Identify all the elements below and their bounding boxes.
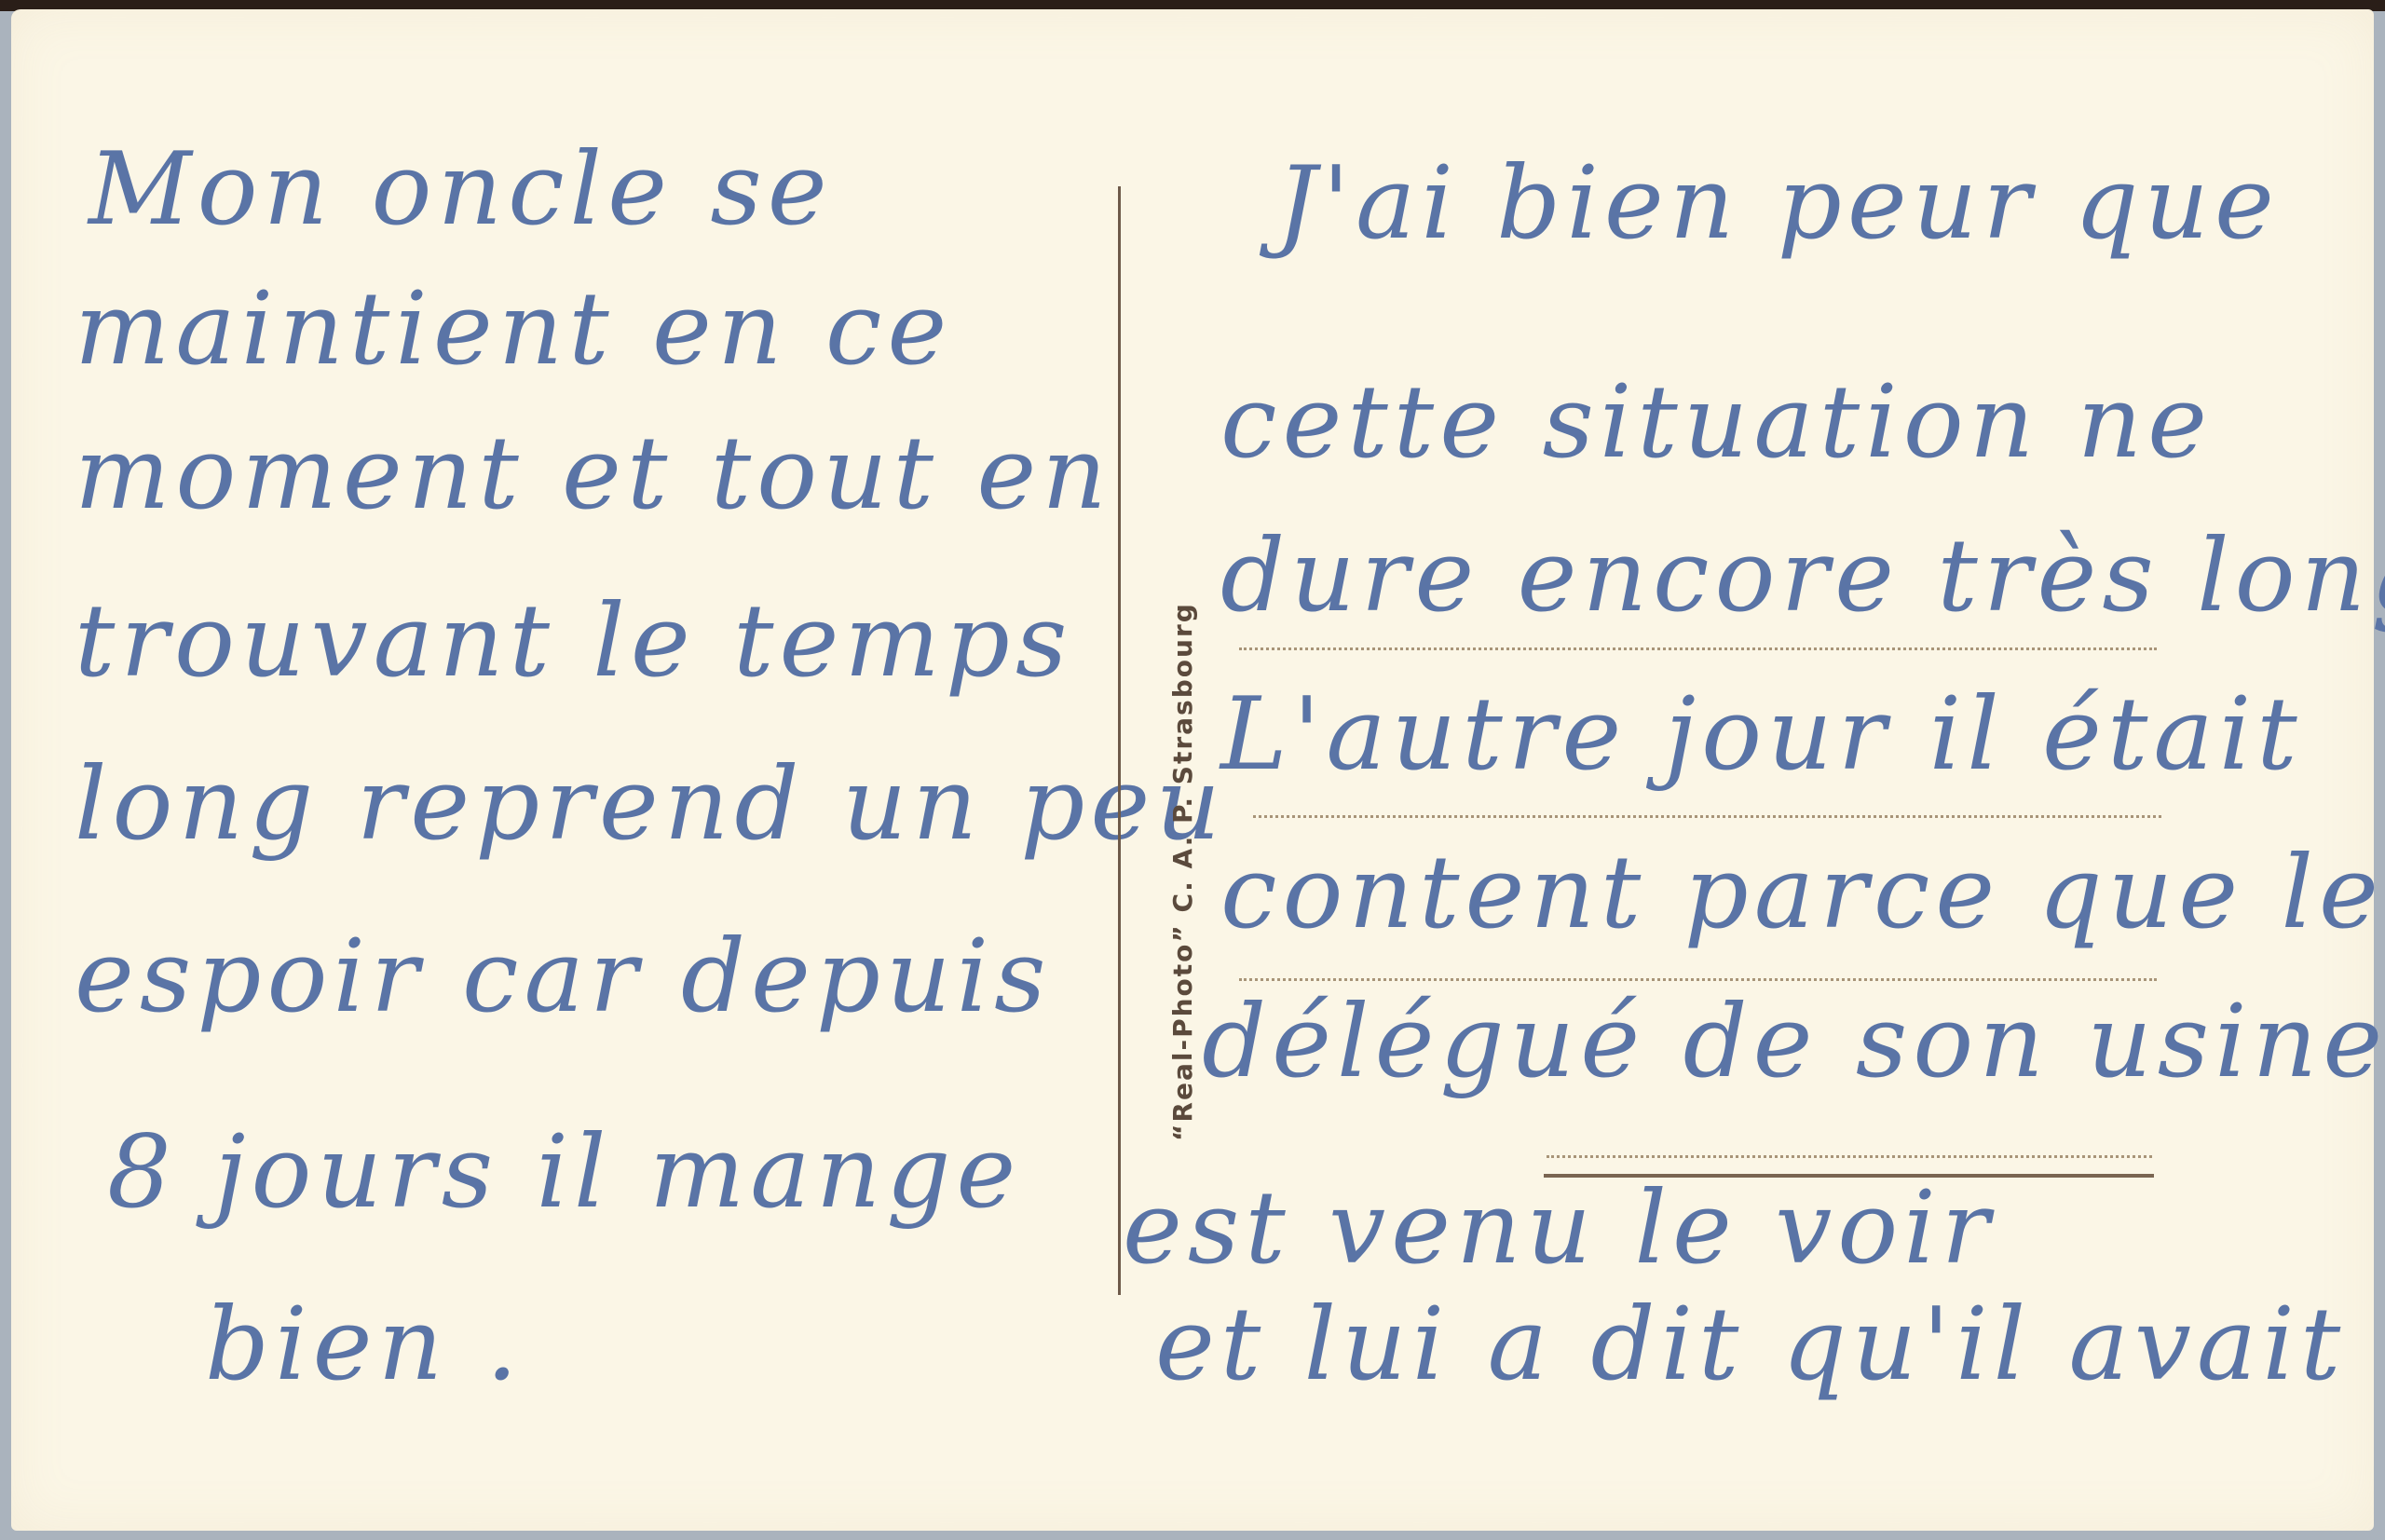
handwritten-line: J'ai bien peur que xyxy=(1276,154,2280,254)
handwritten-line: est venu le voir xyxy=(1123,1179,1995,1279)
handwritten-line: cette situation ne xyxy=(1220,373,2213,473)
handwritten-line: trouvant le temps xyxy=(75,592,1072,692)
handwritten-line: content parce que le xyxy=(1220,843,2384,944)
address-line xyxy=(1253,815,2161,818)
handwritten-line: L'autre jour il était xyxy=(1220,685,2303,785)
handwritten-line: maintient en ce xyxy=(75,279,952,380)
handwritten-line: moment et tout en xyxy=(75,424,1112,525)
address-line xyxy=(1239,647,2157,650)
publisher-imprint: “Real-Photo” C. A. P. Strasbourg xyxy=(1167,602,1198,1141)
address-line xyxy=(1239,978,2157,981)
handwritten-line: délégué de son usine xyxy=(1202,992,2385,1093)
handwritten-line: 8 jours il mange xyxy=(107,1123,1021,1223)
handwritten-line: et lui a dit qu'il avait xyxy=(1155,1295,2346,1396)
handwritten-line: long reprend un peu xyxy=(75,755,1226,855)
address-line xyxy=(1547,1155,2152,1158)
handwritten-line: bien . xyxy=(205,1295,524,1396)
handwritten-line: dure encore très longtemps xyxy=(1220,526,2385,627)
handwritten-line: Mon oncle se xyxy=(89,140,833,240)
handwritten-line: espoir car depuis xyxy=(75,927,1052,1028)
center-divider-line xyxy=(1118,186,1121,1295)
